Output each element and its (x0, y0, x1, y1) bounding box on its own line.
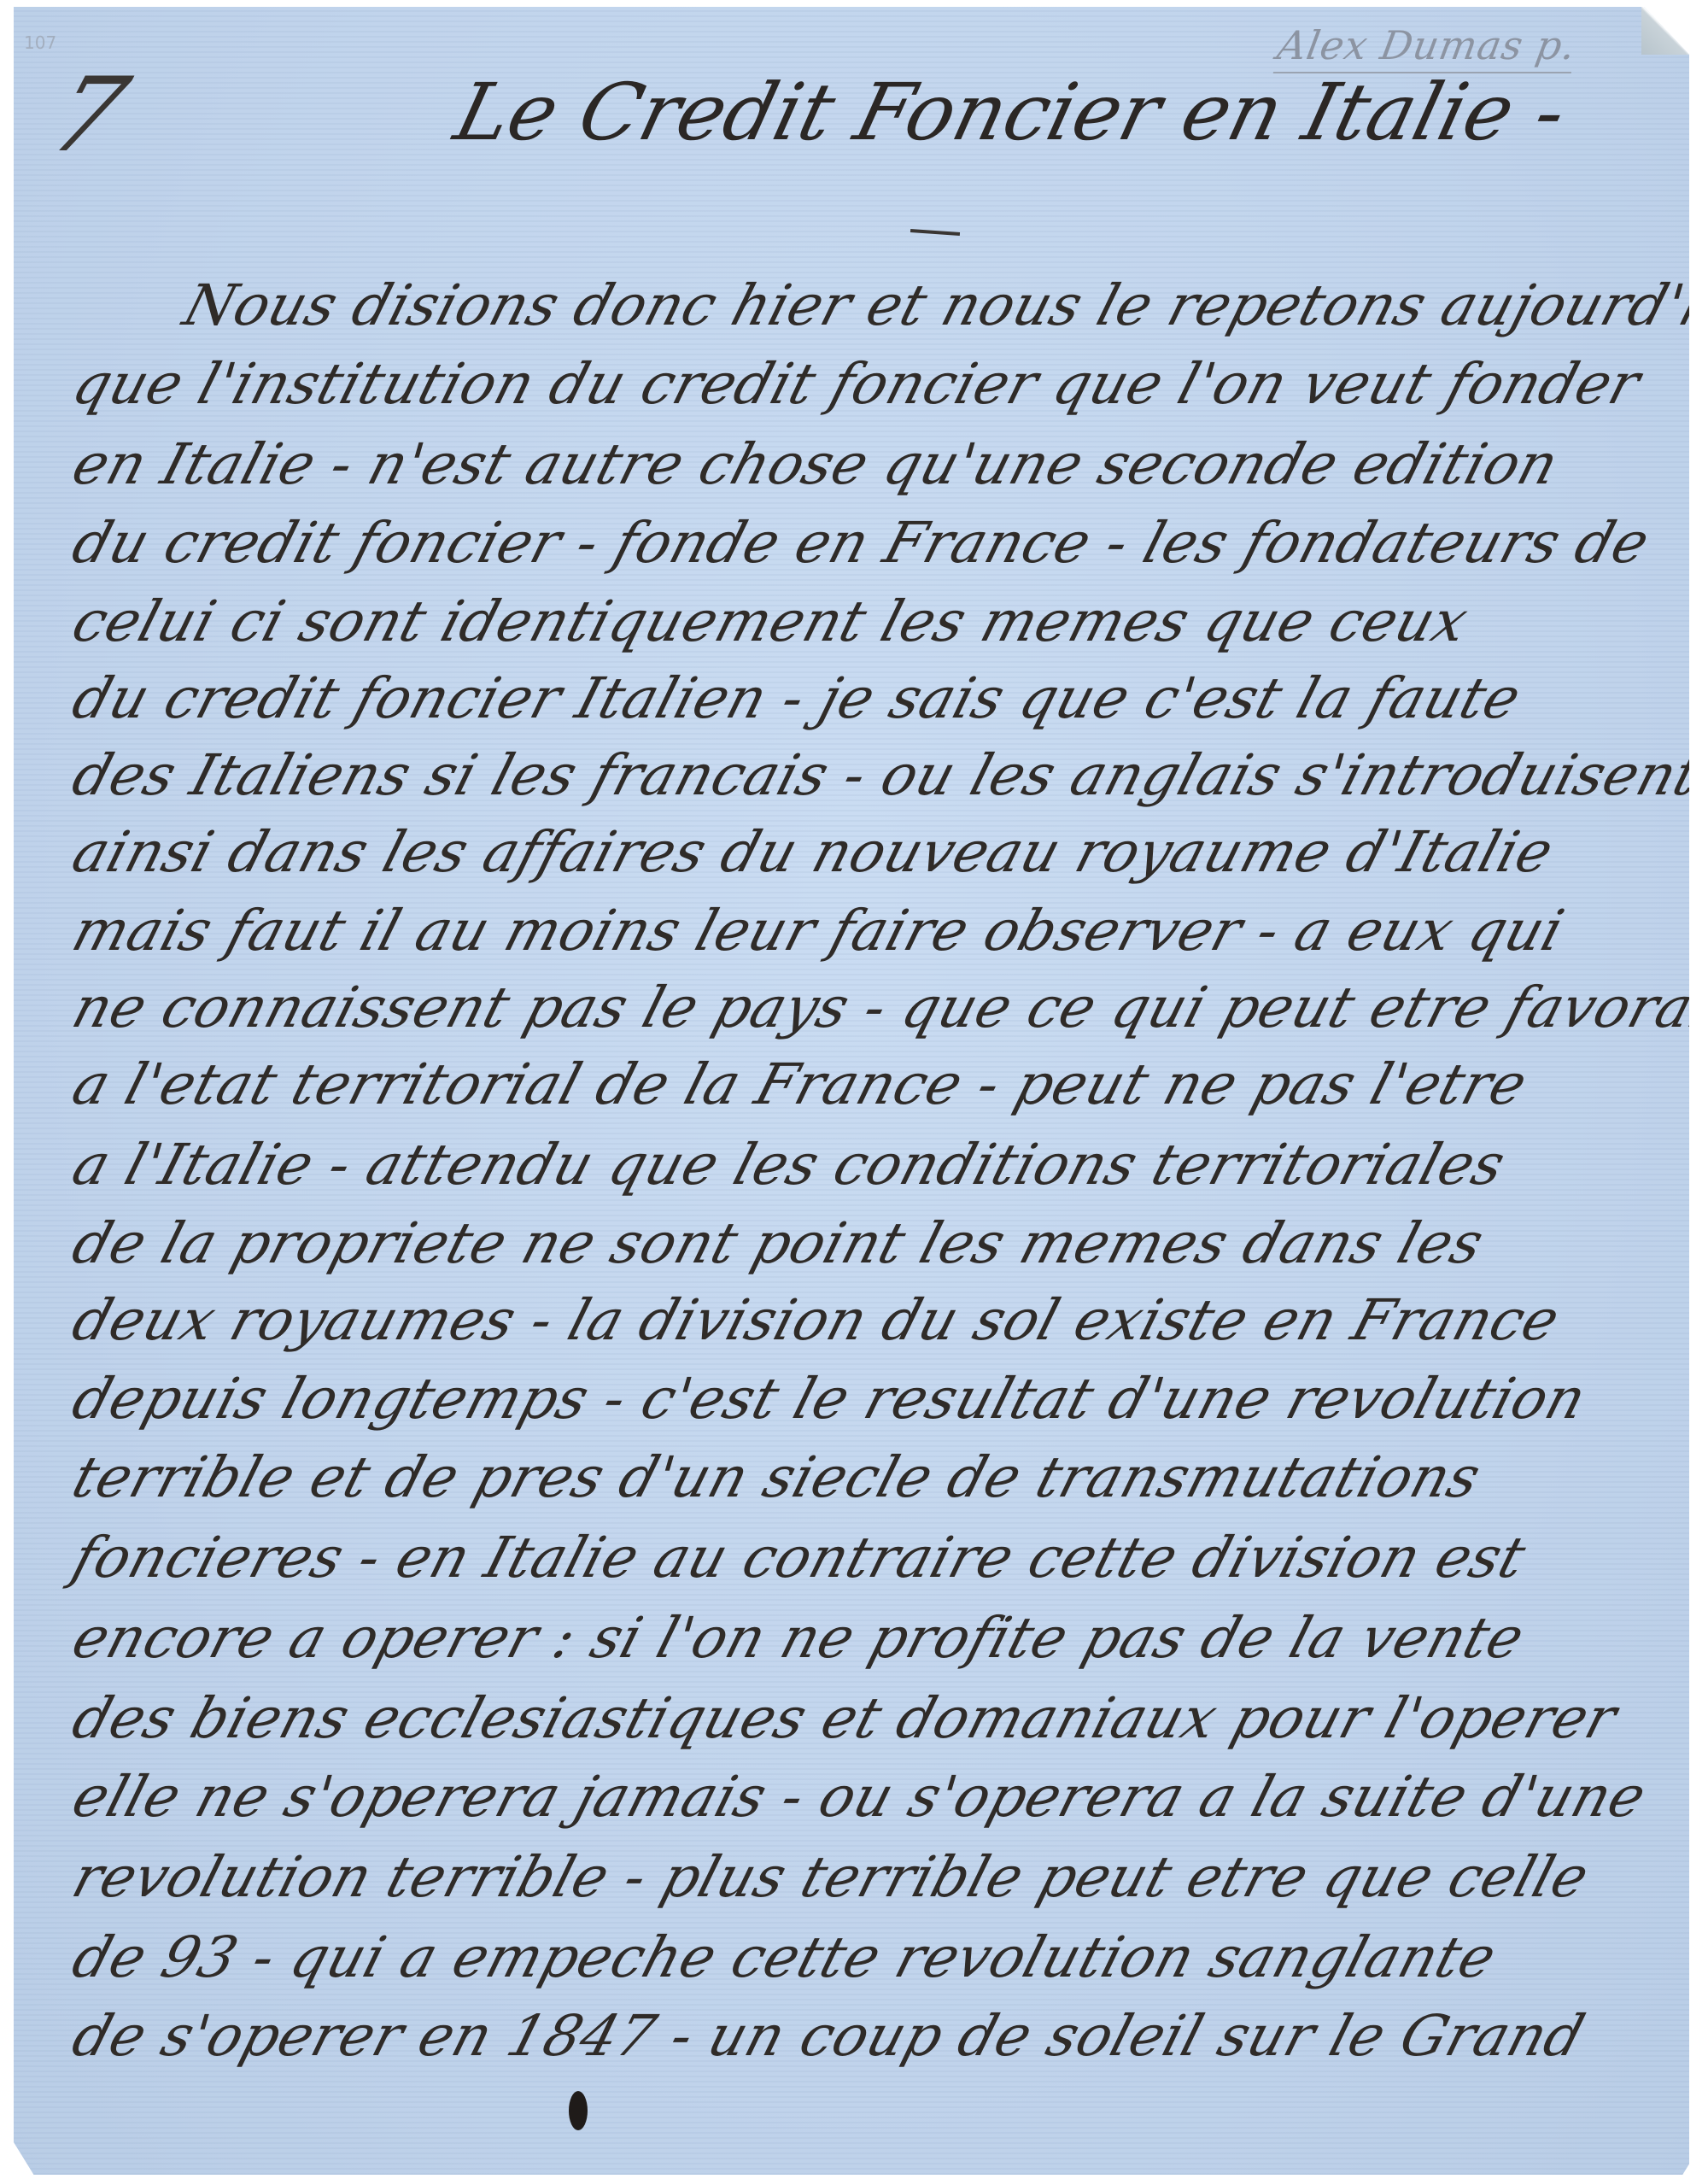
text-line: foncieres - en Italie au contraire cette… (65, 1524, 1690, 1592)
text-line: que l'institution du credit foncier que … (65, 350, 1690, 419)
text-line: deux royaumes - la division du sol exist… (65, 1286, 1690, 1355)
text-line: de 93 - qui a empeche cette revolution s… (65, 1924, 1690, 1992)
text-line: en Italie - n'est autre chose qu'une sec… (65, 431, 1690, 499)
text-line: a l'Italie - attendu que les conditions … (65, 1131, 1690, 1199)
page-number: 7 (37, 56, 141, 175)
ink-blot (569, 2091, 588, 2130)
text-line: de s'operer en 1847 - un coup de soleil … (65, 2002, 1690, 2071)
text-line: ainsi dans les affaires du nouveau royau… (65, 818, 1690, 887)
text-line: encore a operer : si l'on ne profite pas… (65, 1604, 1690, 1672)
text-line: des biens ecclesiastiques et domaniaux p… (65, 1684, 1690, 1753)
pencil-attribution: Alex Dumas p. (1273, 22, 1580, 73)
text-line: celui ci sont identiquement les memes qu… (65, 588, 1690, 656)
text-line: a l'etat territorial de la France - peut… (65, 1051, 1690, 1119)
text-line: revolution terrible - plus terrible peut… (65, 1843, 1690, 1912)
folded-corner (1641, 7, 1689, 55)
page-title: Le Credit Foncier en Italie - (447, 67, 1576, 158)
text-line: des Italiens si les francais - ou les an… (65, 741, 1690, 810)
text-line: ne connaissent pas le pays - que ce qui … (65, 974, 1690, 1042)
pencil-mark: 107 (24, 32, 56, 53)
manuscript-page: 107 7 Alex Dumas p. Le Credit Foncier en… (14, 7, 1689, 2175)
text-line: de la propriete ne sont point les memes … (65, 1210, 1690, 1278)
text-line: du credit foncier - fonde en France - le… (65, 509, 1690, 577)
text-line: depuis longtemps - c'est le resultat d'u… (65, 1365, 1690, 1433)
text-line: mais faut il au moins leur faire observe… (65, 897, 1690, 965)
text-line: du credit foncier Italien - je sais que … (65, 665, 1690, 733)
text-line: elle ne s'operera jamais - ou s'operera … (65, 1763, 1690, 1831)
text-line: Nous disions donc hier et nous le repeto… (176, 272, 1708, 340)
text-line: terrible et de pres d'un siecle de trans… (65, 1444, 1690, 1512)
title-separator (910, 229, 960, 236)
